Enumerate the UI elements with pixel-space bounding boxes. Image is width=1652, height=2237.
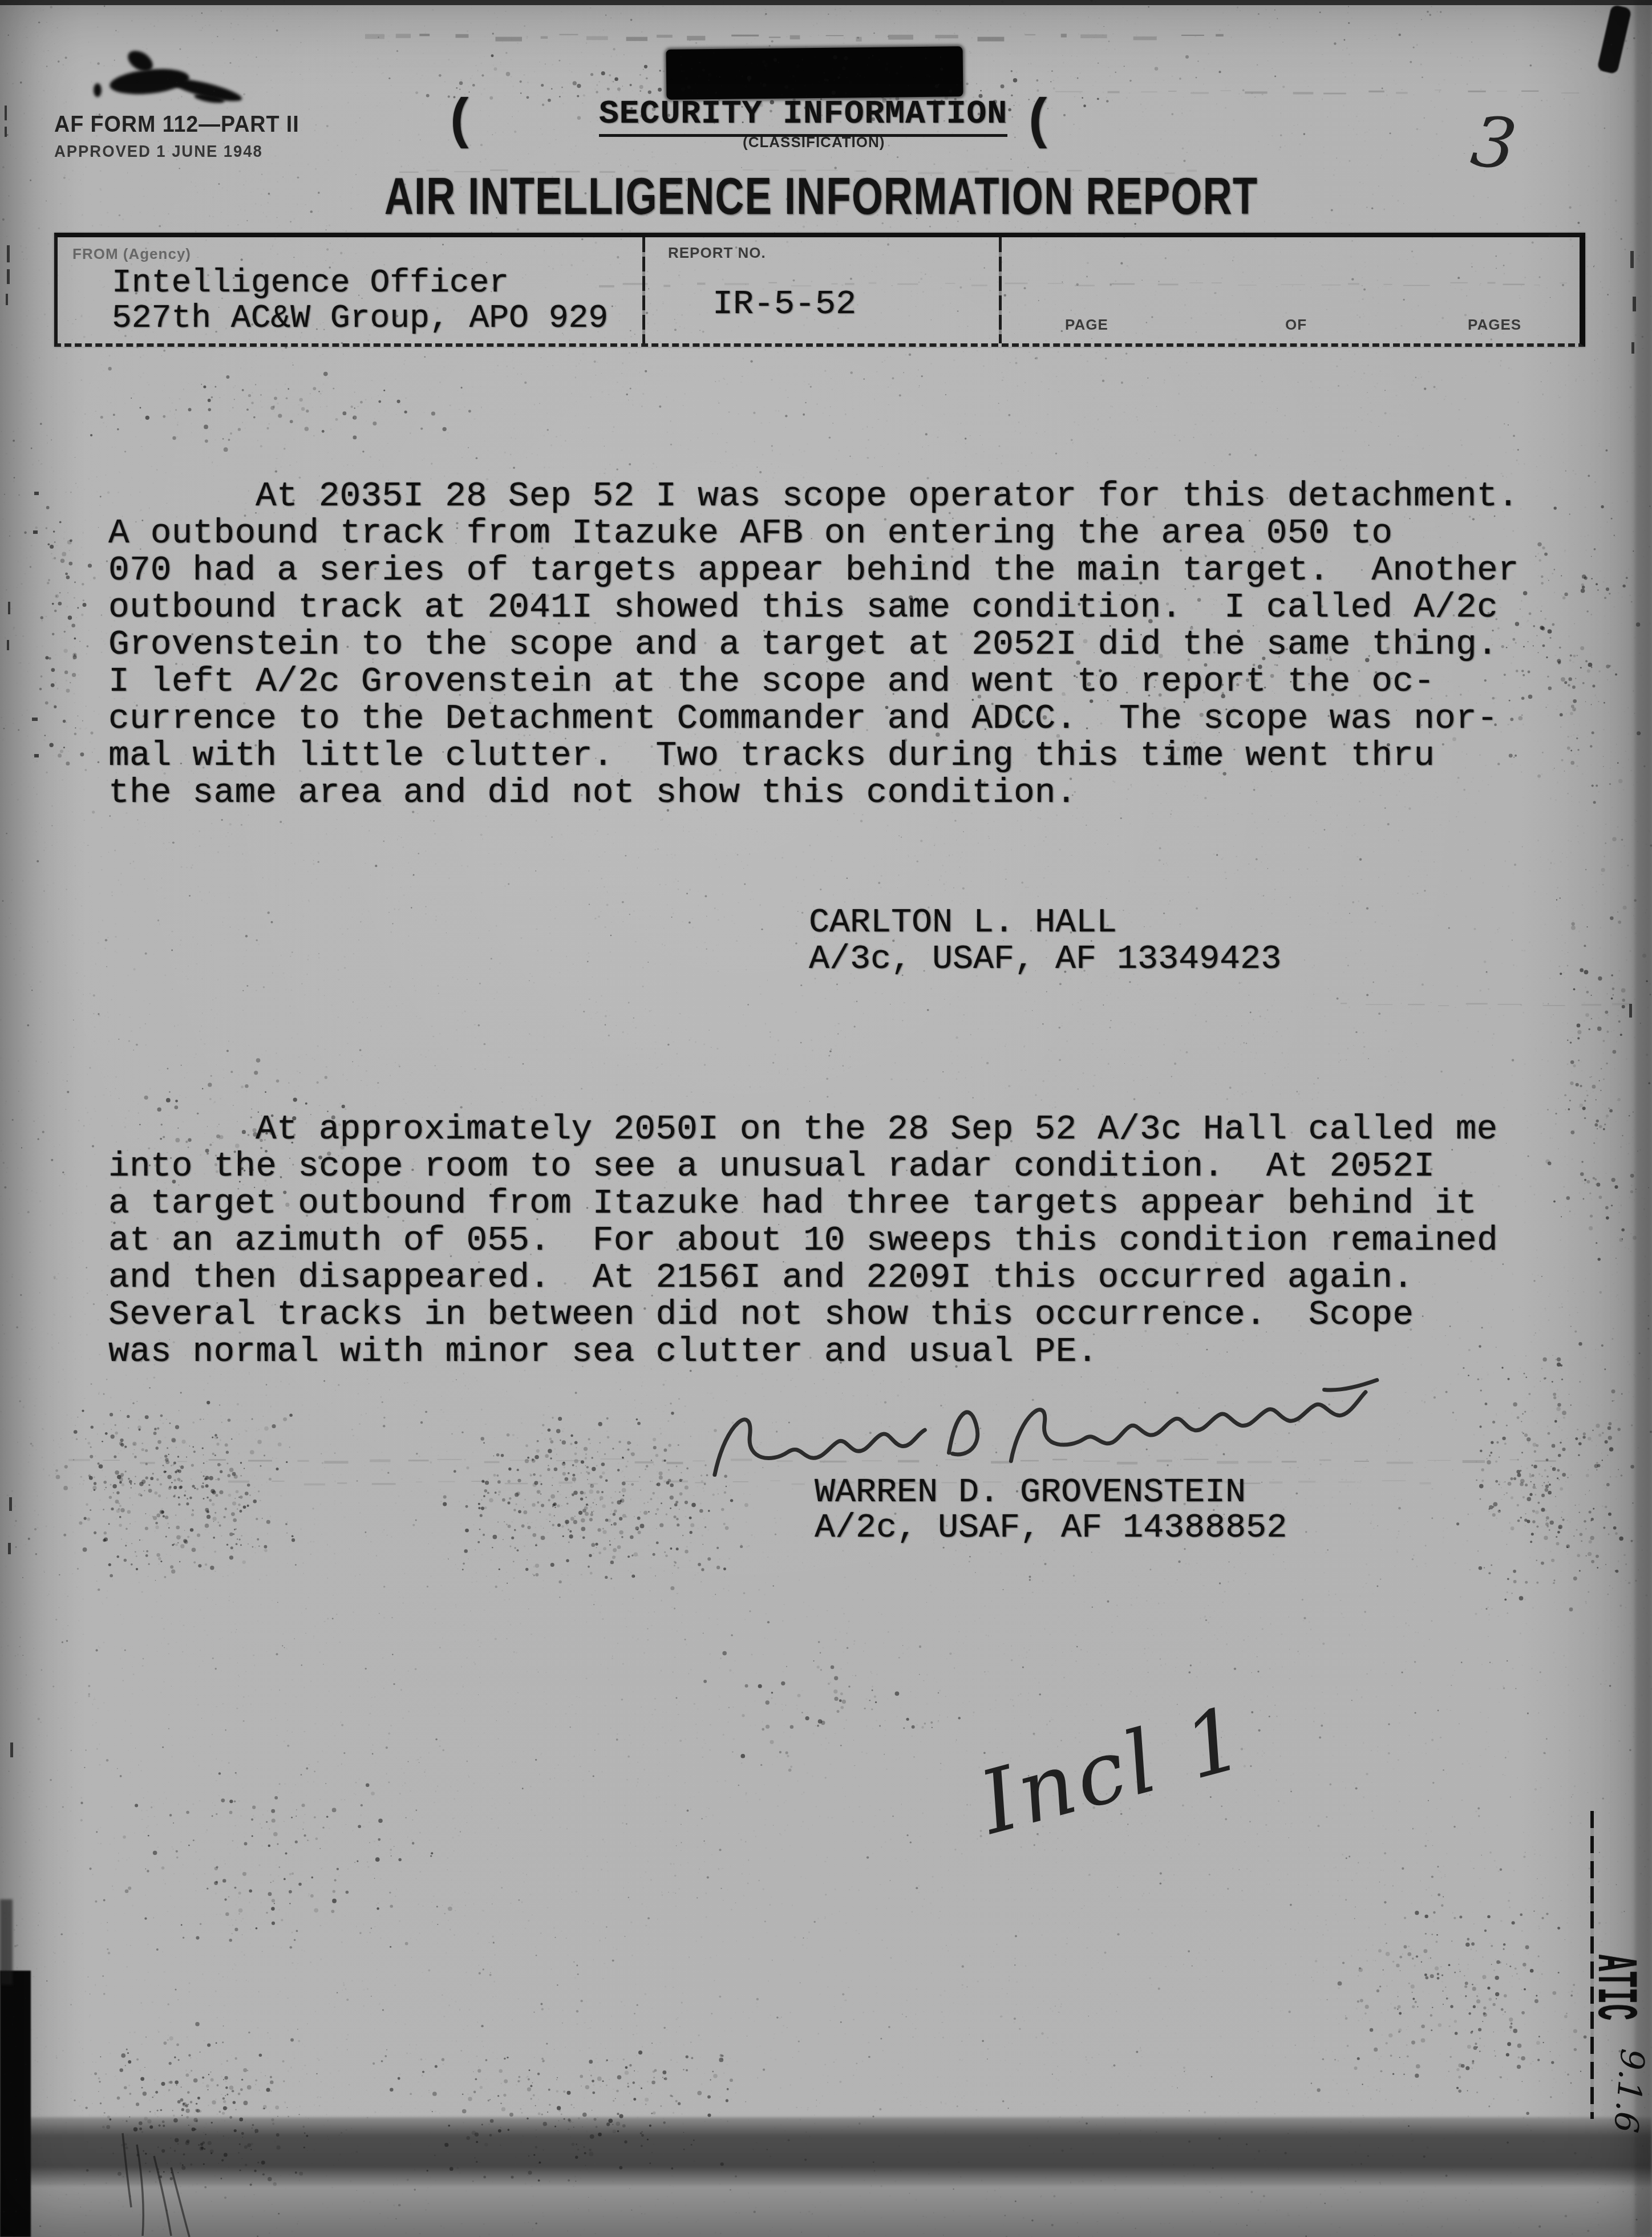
handwritten-inclosure-note: Incl 1 xyxy=(970,1687,1256,1854)
classification-caption: (CLASSIFICATION) xyxy=(743,133,885,151)
form-number-line: AF FORM 112—PART II xyxy=(54,111,299,137)
body-line: A outbound track from Itazuke AFB on ent… xyxy=(108,515,1580,552)
vertical-stamp-handwriting: 9.1.6 xyxy=(1605,2047,1652,2125)
body-line: at an azimuth of 055. For about 10 sweep… xyxy=(108,1222,1580,1259)
body-line: currence to the Detachment Commander and… xyxy=(108,700,1580,737)
body-line: At approximately 2050I on the 28 Sep 52 … xyxy=(108,1111,1580,1148)
table-divider xyxy=(642,237,645,343)
body-line: outbound track at 2041I showed this same… xyxy=(108,589,1580,626)
signature-scrawl-icon xyxy=(699,1362,1394,1506)
from-field-value-line1: Intelligence Officer xyxy=(112,265,509,302)
signer-service-line: A/3c, USAF, AF 13349423 xyxy=(809,941,1281,978)
report-header-table: FROM (Agency) Intelligence Officer 527th… xyxy=(54,233,1585,347)
pages-label: PAGES xyxy=(1468,316,1521,334)
body-line: At 2035I 28 Sep 52 I was scope operator … xyxy=(108,478,1580,515)
body-line: I left A/2c Grovenstein at the scope and… xyxy=(108,663,1580,700)
body-line: a target outbound from Itazuke had three… xyxy=(108,1185,1580,1222)
table-divider xyxy=(999,237,1002,343)
from-field-value-line2: 527th AC&W Group, APO 929 xyxy=(112,300,608,337)
scan-top-edge-shadow xyxy=(0,0,1652,5)
redaction-bar xyxy=(666,46,963,99)
stamp-paren-right: ( xyxy=(1022,91,1055,153)
of-label: OF xyxy=(1285,316,1307,334)
page-title: AIR INTELLIGENCE INFORMATION REPORT xyxy=(0,168,1643,226)
page-label: PAGE xyxy=(1065,316,1108,334)
body-line: and then disappeared. At 2156I and 2209I… xyxy=(108,1259,1580,1296)
signer-service-line: A/2c, USAF, AF 14388852 xyxy=(815,1510,1287,1546)
report-no-value: IR-5-52 xyxy=(712,285,856,324)
body-line: the same area and did not show this cond… xyxy=(108,775,1580,812)
ink-smudge xyxy=(94,83,102,97)
stamp-paren-left: ( xyxy=(444,91,477,153)
body-line: 070 had a series of targets appear behin… xyxy=(108,552,1580,589)
report-no-label: REPORT NO. xyxy=(668,244,766,262)
body-line: Grovenstein to the scope and a target at… xyxy=(108,626,1580,663)
statement1-paragraph: At 2035I 28 Sep 52 I was scope operator … xyxy=(108,478,1580,812)
body-line: Several tracks in between did not show t… xyxy=(108,1296,1580,1334)
body-line: into the scope room to see a unusual rad… xyxy=(108,1148,1580,1185)
statement2-paragraph: At approximately 2050I on the 28 Sep 52 … xyxy=(108,1111,1580,1371)
scanned-document-page: { "colors": { "paper": "#b1b1b1", "ink":… xyxy=(0,0,1652,2237)
document-content: AF FORM 112—PART II APPROVED 1 JUNE 1948… xyxy=(0,0,1652,2237)
signer-name: CARLTON L. HALL xyxy=(809,905,1281,941)
statement1-signature-block: CARLTON L. HALL A/3c, USAF, AF 13349423 xyxy=(809,905,1281,978)
form-approved-line: APPROVED 1 JUNE 1948 xyxy=(54,143,263,161)
handwritten-signature xyxy=(699,1362,1394,1506)
security-banner: SECURITY INFORMATION xyxy=(599,96,1007,137)
atic-vertical-stamp: ATIC xyxy=(1582,1955,1645,2046)
from-field-label: FROM (Agency) xyxy=(72,245,191,263)
body-line: mal with little clutter. Two tracks duri… xyxy=(108,737,1580,775)
